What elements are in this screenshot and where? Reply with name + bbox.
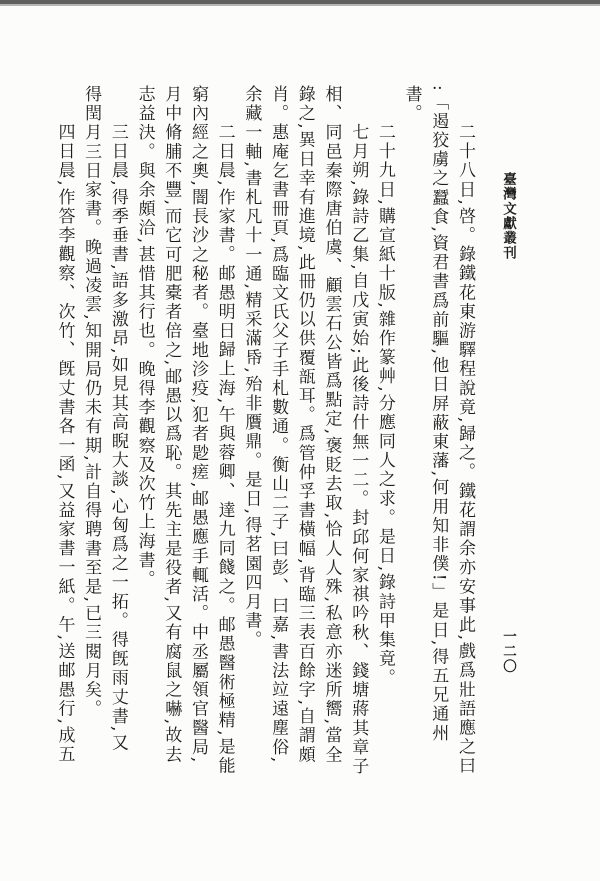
- scan-top-edge-line: [0, 0, 600, 6]
- scanned-book-page: 臺灣文獻叢刊 一二〇 二十八日,啓。錄鐵花東游驛程說竟,歸之。鐵花謂余亦安事此,…: [0, 0, 600, 881]
- text-column: 二十九日,購宣紙十版,雜作篆艸,分應同人之求。是日,錄詩甲集竟。: [371, 85, 398, 837]
- text-column: 月中脩脯不豐,而它可肥橐者倍之,邮愚以爲恥。其先主是役者,又有腐鼠之嚇,故去: [158, 85, 185, 837]
- text-column: 余藏一軸,書札凡十一通,精采滿帋,殆非贋鼎。是日,得茗園四月書。: [238, 85, 265, 837]
- text-column: 志益決。與余頗洽,甚惜其行也。晚得李觀察及次竹上海書。: [131, 85, 158, 837]
- text-column: 錄之,異日幸有進境,此冊仍以供覆瓿耳。爲管仲孚書橫幅,背臨三表百餘字,自謂頗: [291, 85, 318, 837]
- text-column: 書。: [398, 85, 425, 837]
- text-column: 二日晨,作家書。邮愚明日歸上海,午與蓉卿、達九同餞之。邮愚醫術極精,是能: [211, 85, 238, 837]
- text-column: 四日晨,作答李觀察、次竹、旣丈書各一函,又益家書一紙。午,送邮愚行,成五: [51, 85, 78, 837]
- text-column: :「遏狡虜之蠶食,資君書爲前驅,他日屏蔽東藩,何用知非僕!」是日,得五兄通州: [425, 85, 452, 837]
- text-column: 肖。惠庵乞書冊頁,爲臨文氏父子手札數通。衡山二子,曰彭、曰嘉,書法竝遠塵俗,: [264, 85, 291, 837]
- text-column: 三日晨,得季垂書,語多激昂,如見其高睨大談,心匈爲之一拓。得旣雨丈書,又: [104, 85, 131, 837]
- text-column: 窮內經之奧,闇長沙之秘者。臺地沴疫,犯者尟瘥,邮愚應手輒活。中丞屬領官醫局,: [184, 85, 211, 837]
- diary-text-block: 二十八日,啓。錄鐵花東游驛程說竟,歸之。鐵花謂余亦安事此,戲爲壯語應之曰 :「遏…: [50, 85, 478, 837]
- text-column: 相、同邑秦際唐伯虞、顧雲石公皆爲點定,褒貶去取,恰人人殊,私意亦迷所嚮,當全: [318, 85, 345, 837]
- text-column: 七月朔,錄詩乙集,自戊寅始;此後詩什無一二。封邱何家祺吟秋、錢塘蔣其章子: [344, 85, 371, 837]
- series-title: 臺灣文獻叢刊: [498, 172, 518, 260]
- page-number: 一二〇: [498, 629, 518, 674]
- text-column: 得閏月三日家書。晚過凌雲,知開局仍未有期,計自得聘書至是,已三閱月矣。: [77, 85, 104, 837]
- text-column: 二十八日,啓。錄鐵花東游驛程說竟,歸之。鐵花謂余亦安事此,戲爲壯語應之曰: [451, 85, 478, 837]
